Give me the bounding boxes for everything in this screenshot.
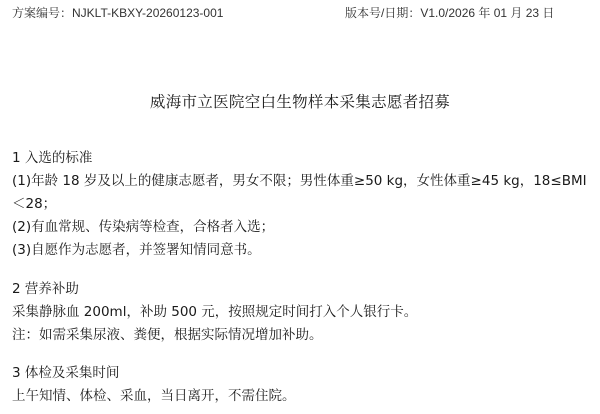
version-date: 版本号/日期：V1.0/2026 年 01 月 23 日 xyxy=(345,4,554,21)
section-nutrition-subsidy: 2 营养补助 采集静脉血 200ml，补助 500 元，按照规定时间打入个人银行… xyxy=(12,278,592,347)
section-heading: 3 体检及采集时间 xyxy=(12,362,592,385)
schedule-text: 上午知情、体检、采血，当日离开，不需住院。 xyxy=(12,385,592,408)
section-inclusion-criteria: 1 入选的标准 (1)年龄 18 岁及以上的健康志愿者，男女不限；男性体重≥50… xyxy=(12,147,592,262)
subsidy-note: 注：如需采集尿液、粪便，根据实际情况增加补助。 xyxy=(12,324,592,347)
section-heading: 1 入选的标准 xyxy=(12,147,592,170)
document-title: 威海市立医院空白生物样本采集志愿者招募 xyxy=(0,90,600,112)
document-header: 方案编号：NJKLT-KBXY-20260123-001 版本号/日期：V1.0… xyxy=(0,4,600,24)
criteria-item-3: (3)自愿作为志愿者，并签署知情同意书。 xyxy=(12,239,592,262)
section-exam-collection-time: 3 体检及采集时间 上午知情、体检、采血，当日离开，不需住院。 xyxy=(12,362,592,408)
criteria-item-2: (2)有血常规、传染病等检查，合格者入选； xyxy=(12,216,592,239)
criteria-item-1-continued: ＜28； xyxy=(12,193,592,216)
subsidy-text: 采集静脉血 200ml，补助 500 元，按照规定时间打入个人银行卡。 xyxy=(12,301,592,324)
protocol-number: 方案编号：NJKLT-KBXY-20260123-001 xyxy=(12,4,223,21)
criteria-item-1: (1)年龄 18 岁及以上的健康志愿者，男女不限；男性体重≥50 kg，女性体重… xyxy=(12,170,592,193)
section-heading: 2 营养补助 xyxy=(12,278,592,301)
